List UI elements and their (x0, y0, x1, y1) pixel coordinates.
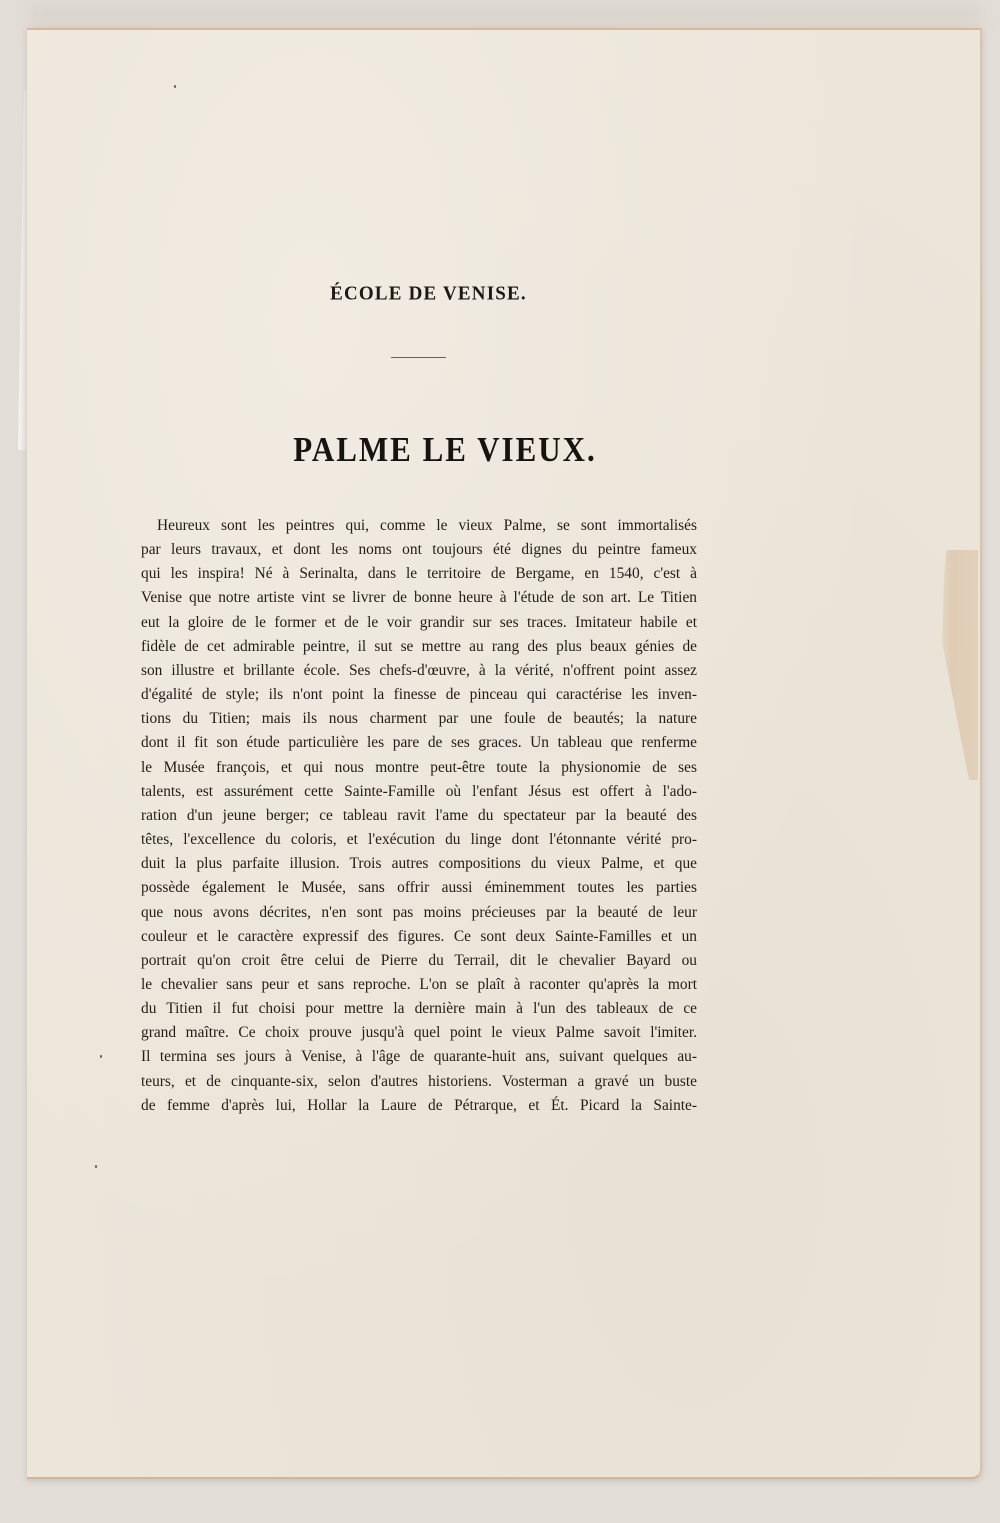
text-line: par leurs travaux, et dont les noms ont … (141, 538, 697, 562)
heading-divider-rule (391, 357, 446, 358)
text-line: Venise que notre artiste vint se livrer … (141, 586, 697, 610)
text-line: Heureux sont les peintres qui, comme le … (141, 514, 697, 538)
water-stain (933, 550, 978, 780)
text-line: possède également le Musée, sans offrir … (141, 876, 697, 900)
section-heading: ÉCOLE DE VENISE. (0, 282, 905, 305)
text-line: fidèle de cet admirable peintre, il sut … (141, 635, 697, 659)
paper-speck (100, 1055, 102, 1058)
heading-block: ÉCOLE DE VENISE. PALME LE VIEUX. (27, 0, 980, 500)
page-title: PALME LE VIEUX. (5, 430, 885, 470)
text-line: ration d'un jeune berger; ce tableau rav… (141, 804, 697, 828)
text-line: teurs, et de cinquante-six, selon d'autr… (141, 1070, 697, 1094)
text-line: de femme d'après lui, Hollar la Laure de… (141, 1094, 697, 1118)
text-line: portrait qu'on croit être celui de Pierr… (141, 949, 697, 973)
text-line: talents, est assurément cette Sainte-Fam… (141, 780, 697, 804)
text-line: duit la plus parfaite illusion. Trois au… (141, 852, 697, 876)
text-line: le Musée françois, et qui nous montre pe… (141, 756, 697, 780)
text-line: du Titien il fut choisi pour mettre la d… (141, 997, 697, 1021)
text-line: Il termina ses jours à Venise, à l'âge d… (141, 1045, 697, 1069)
text-line: dont il fit son étude particulière les p… (141, 731, 697, 755)
text-line: eut la gloire de le former et de le voir… (141, 611, 697, 635)
text-line: couleur et le caractère expressif des fi… (141, 925, 697, 949)
text-line: tions du Titien; mais ils nous charment … (141, 707, 697, 731)
text-line: grand maître. Ce choix prouve jusqu'à qu… (141, 1021, 697, 1045)
text-line: que nous avons décrites, n'en sont pas m… (141, 901, 697, 925)
text-line: d'égalité de style; ils n'ont point la f… (141, 683, 697, 707)
text-line: qui les inspira! Né à Serinalta, dans le… (141, 562, 697, 586)
text-line: le chevalier sans peur et sans reproche.… (141, 973, 697, 997)
text-line: son illustre et brillante école. Ses che… (141, 659, 697, 683)
body-paragraph: Heureux sont les peintres qui, comme le … (141, 514, 697, 1118)
text-line: têtes, l'excellence du coloris, et l'exé… (141, 828, 697, 852)
paper-speck (95, 1165, 97, 1168)
